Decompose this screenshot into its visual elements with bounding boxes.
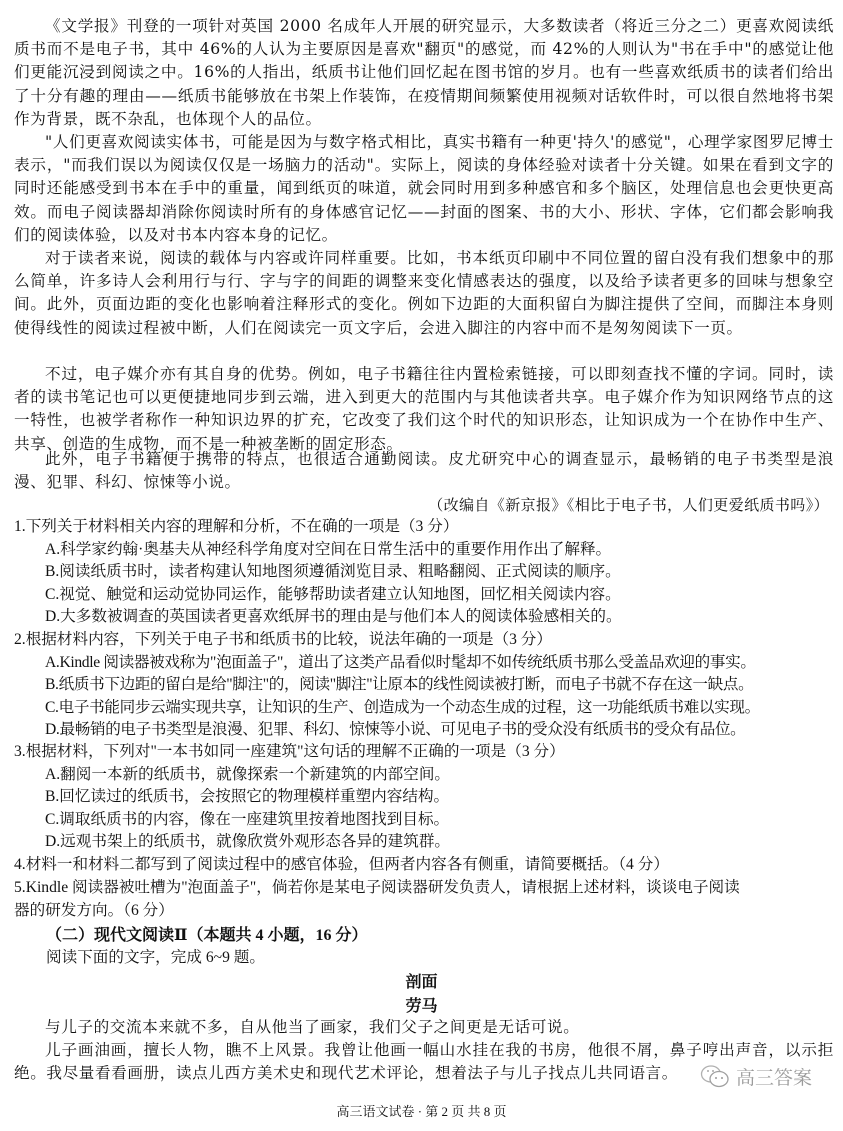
article-title: 剖面 xyxy=(0,969,843,992)
option-d: D.大多数被调查的英国读者更喜欢纸屏书的理由是与他们本人的阅读体验感相关的。 xyxy=(14,606,839,629)
material-paragraph-1: 《文学报》刊登的一项针对英国 2000 名成年人开展的研究显示，大多数读者（将近… xyxy=(14,15,834,131)
question-stem-line-2: 器的研发方向。（6 分） xyxy=(14,900,839,923)
article-paragraph-1: 与儿子的交流本来就不多，自从他当了画家，我们父子之间更是无话可说。 xyxy=(14,1016,834,1039)
section-instruction: 阅读下面的文字，完成 6~9 题。 xyxy=(46,945,265,967)
question-1: 1.下列关于材料相关内容的理解和分析，不在确的一项是（3 分） A.科学家约翰·… xyxy=(14,516,839,629)
question-5: 5.Kindle 阅读器被吐槽为"泡面盖子"，倘若你是某电子阅读器研发负责人，请… xyxy=(14,877,839,922)
option-a: A.翻阅一本新的纸质书，就像探索一个新建筑的内部空间。 xyxy=(14,764,839,787)
question-stem: 2.根据材料内容，下列关于电子书和纸质书的比较，说法年确的一项是（3 分） xyxy=(14,629,839,652)
option-a: A.Kindle 阅读器被戏称为"泡面盖子"，道出了这类产品看似时髦却不如传统纸… xyxy=(14,652,839,675)
article-author: 劳马 xyxy=(0,993,843,1016)
question-stem: 1.下列关于材料相关内容的理解和分析，不在确的一项是（3 分） xyxy=(14,516,839,539)
watermark-text: 高三答案 xyxy=(736,1063,812,1090)
material-paragraph-4: 不过，电子媒介亦有其自身的优势。例如，电子书籍往往内置检索链接，可以即刻查找不懂… xyxy=(14,363,834,456)
option-d: D.远观书架上的纸质书，就像欣赏外观形态各异的建筑群。 xyxy=(14,831,839,854)
section-heading: （二）现代文阅读Ⅱ（本题共 4 小题，16 分） xyxy=(46,922,368,945)
option-c: C.调取纸质书的内容，像在一座建筑里按着地图找到目标。 xyxy=(14,809,839,832)
wechat-icon xyxy=(700,1064,730,1090)
material-paragraph-5: 此外，电子书籍便于携带的特点，也很适合通勤阅读。皮尤研究中心的调查显示，最畅销的… xyxy=(14,448,834,494)
material-paragraph-2: "人们更喜欢阅读实体书，可能是因为与数字格式相比，真实书籍有一种更'持久'的感觉… xyxy=(14,131,834,247)
page-footer: 高三语文试卷 · 第 2 页 共 8 页 xyxy=(0,1101,843,1120)
material-source: （改编自《新京报》《相比于电子书，人们更爱纸质书吗》） xyxy=(428,494,829,515)
watermark: 高三答案 xyxy=(700,1063,812,1090)
option-c: C.视觉、触觉和运动觉协同运作，能够帮助读者建立认知地图，回忆相关阅读内容。 xyxy=(14,584,839,607)
question-3: 3.根据材料，下列对"一本书如同一座建筑"这句话的理解不正确的一项是（3 分） … xyxy=(14,741,839,854)
option-a: A.科学家约翰·奥基夫从神经科学角度对空间在日常生活中的重要作用作出了解释。 xyxy=(14,539,839,562)
option-b: B.阅读纸质书时，读者构建认知地图须遵循浏览目录、粗略翻阅、正式阅读的顺序。 xyxy=(14,561,839,584)
option-d: D.最畅销的电子书类型是浪漫、犯罪、科幻、惊悚等小说、可见电子书的受众没有纸质书… xyxy=(14,719,839,742)
exam-page: 《文学报》刊登的一项针对英国 2000 名成年人开展的研究显示，大多数读者（将近… xyxy=(0,0,843,1131)
question-4: 4.材料一和材料二都写到了阅读过程中的感官体验，但两者内容各有侧重，请简要概括。… xyxy=(14,854,839,877)
material-paragraph-3: 对于读者来说，阅读的载体与内容或许同样重要。比如，书本纸页印刷中不同位置的留白没… xyxy=(14,247,834,340)
question-stem-line-1: 5.Kindle 阅读器被吐槽为"泡面盖子"，倘若你是某电子阅读器研发负责人，请… xyxy=(14,877,839,900)
question-stem: 3.根据材料，下列对"一本书如同一座建筑"这句话的理解不正确的一项是（3 分） xyxy=(14,741,839,764)
option-b: B.纸质书下边距的留白是给"脚注"的，阅读"脚注"让原本的线性阅读被打断，而电子… xyxy=(14,674,839,697)
option-b: B.回忆读过的纸质书，会按照它的物理模样重塑内容结构。 xyxy=(14,786,839,809)
question-2: 2.根据材料内容，下列关于电子书和纸质书的比较，说法年确的一项是（3 分） A.… xyxy=(14,629,839,742)
option-c: C.电子书能同步云端实现共享，让知识的生产、创造成为一个动态生成的过程，这一功能… xyxy=(14,697,839,720)
question-stem: 4.材料一和材料二都写到了阅读过程中的感官体验，但两者内容各有侧重，请简要概括。… xyxy=(14,854,839,877)
